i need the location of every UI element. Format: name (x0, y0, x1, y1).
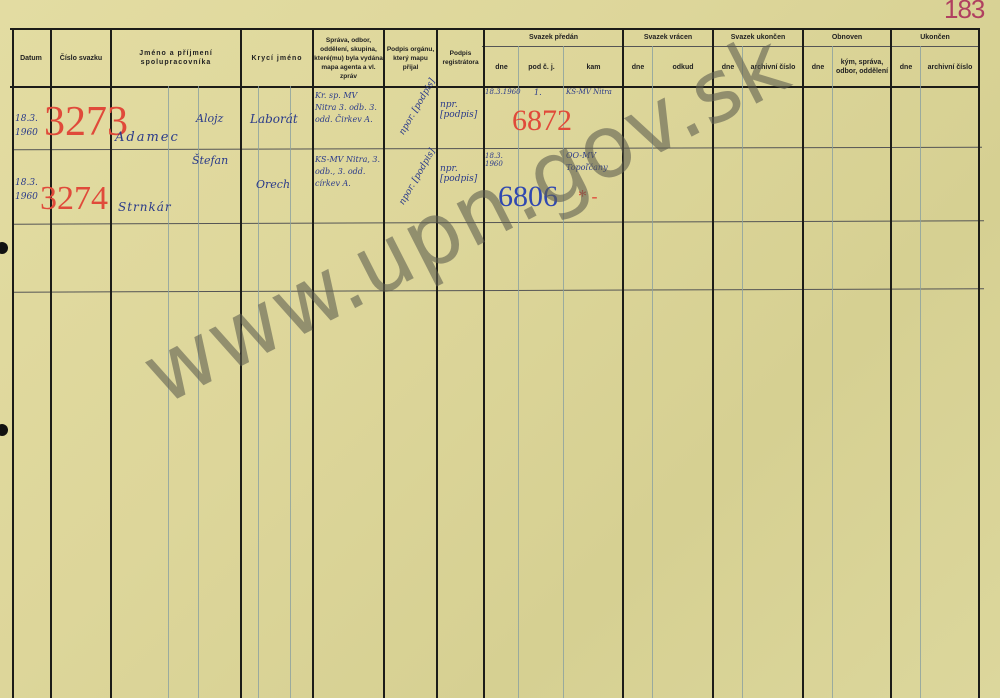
col-border (240, 28, 242, 698)
header-datum: Datum (12, 30, 50, 86)
row-datum: 18.3. 1960 (15, 112, 45, 140)
col-guide (290, 86, 291, 698)
row-prijmeni: Adamec (115, 130, 180, 145)
header-obnoven-kym: kým, správa, odbor, oddělení (834, 48, 890, 86)
row-divider (14, 220, 984, 224)
header-jmeno: Jméno a příjmení spolupracovníka (112, 30, 240, 86)
col-border (563, 46, 564, 698)
header-sprava: Správa, odbor, oddělení, skupina, které(… (314, 30, 383, 86)
header-predan-pod-cj: pod č. j. (520, 48, 563, 86)
header-cislo-svazku: Číslo svazku (52, 30, 110, 86)
header-svazek-vracen: Svazek vrácen (624, 28, 712, 46)
row-kryci-jmeno: Orech (256, 178, 290, 191)
row-divider (14, 288, 984, 292)
header-ukoncen-dne: dne (714, 48, 742, 86)
col-border (978, 28, 980, 698)
col-border (518, 46, 519, 698)
header-svazek-ukoncen: Svazek ukončen (714, 28, 802, 46)
row-predan-dne: 18.3. 1960 (485, 152, 517, 168)
col-border (890, 28, 892, 698)
col-guide (168, 86, 169, 698)
header-vracen-dne: dne (624, 48, 652, 86)
row-predan-kam: OO-MV Topoľčany (566, 150, 622, 174)
col-border (436, 28, 438, 698)
col-border (742, 46, 743, 698)
page-number: 183 (944, 0, 984, 25)
row-predan-stamp-suffix: * - (578, 186, 598, 207)
col-border (802, 28, 804, 698)
header-predan-dne: dne (485, 48, 518, 86)
header-obnoven-dne: dne (804, 48, 832, 86)
header-obnoven: Obnoven (804, 28, 890, 46)
row-predan-stamp: 6806 (498, 180, 558, 214)
header-ukoncen2-archivni-cislo: archivní číslo (922, 48, 978, 86)
row-cislo-svazku-stamp: 3274 (40, 180, 108, 218)
col-border (12, 28, 14, 698)
col-border (383, 28, 385, 698)
col-border (483, 28, 485, 698)
header-kryci-jmeno: Krycí jméno (242, 30, 312, 86)
col-border (652, 46, 653, 698)
col-border (712, 28, 714, 698)
row-predan-dne: 18.3.1960 (485, 88, 521, 96)
row-prijmeni: Strnkár (118, 200, 172, 214)
col-guide (198, 86, 199, 698)
subheader-divider (482, 46, 978, 47)
punch-hole (0, 424, 8, 436)
row-jmeno: Alojz (196, 112, 223, 125)
col-border (832, 46, 833, 698)
header-ukoncen2-dne: dne (892, 48, 920, 86)
col-border (312, 28, 314, 698)
row-divider (12, 147, 982, 151)
row-kryci-jmeno: Laborát (250, 112, 298, 126)
header-svazek-predan: Svazek předán (485, 28, 622, 46)
col-border (622, 28, 624, 698)
row-podpis-registratora: npr. [podpis] (440, 100, 482, 120)
row-podpis-organu: npor. [podpis] (397, 147, 437, 207)
punch-hole (0, 242, 8, 254)
row-predan-kam: KS-MV Nitra (566, 88, 612, 96)
col-border (920, 46, 921, 698)
header-ukoncen: Ukončen (892, 28, 978, 46)
row-jmeno: Štefan (192, 154, 228, 167)
row-podpis-registratora: npr. [podpis] (440, 164, 482, 184)
row-predan-pod-cj: 1. (534, 88, 542, 97)
row-sprava: KS-MV Nitra, 3. odb., 3. odd. církev A. (315, 154, 381, 190)
header-vracen-odkud: odkud (654, 48, 712, 86)
header-ukoncen-archivni-cislo: archivní číslo (744, 48, 802, 86)
header-podpis-registratora: Podpis registrátora (438, 30, 483, 86)
row-predan-stamp: 6872 (512, 104, 572, 138)
row-sprava: Kr. sp. MV Nitra 3. odb. 3. odd. Čirkev … (315, 90, 381, 126)
header-predan-kam: kam (565, 48, 622, 86)
